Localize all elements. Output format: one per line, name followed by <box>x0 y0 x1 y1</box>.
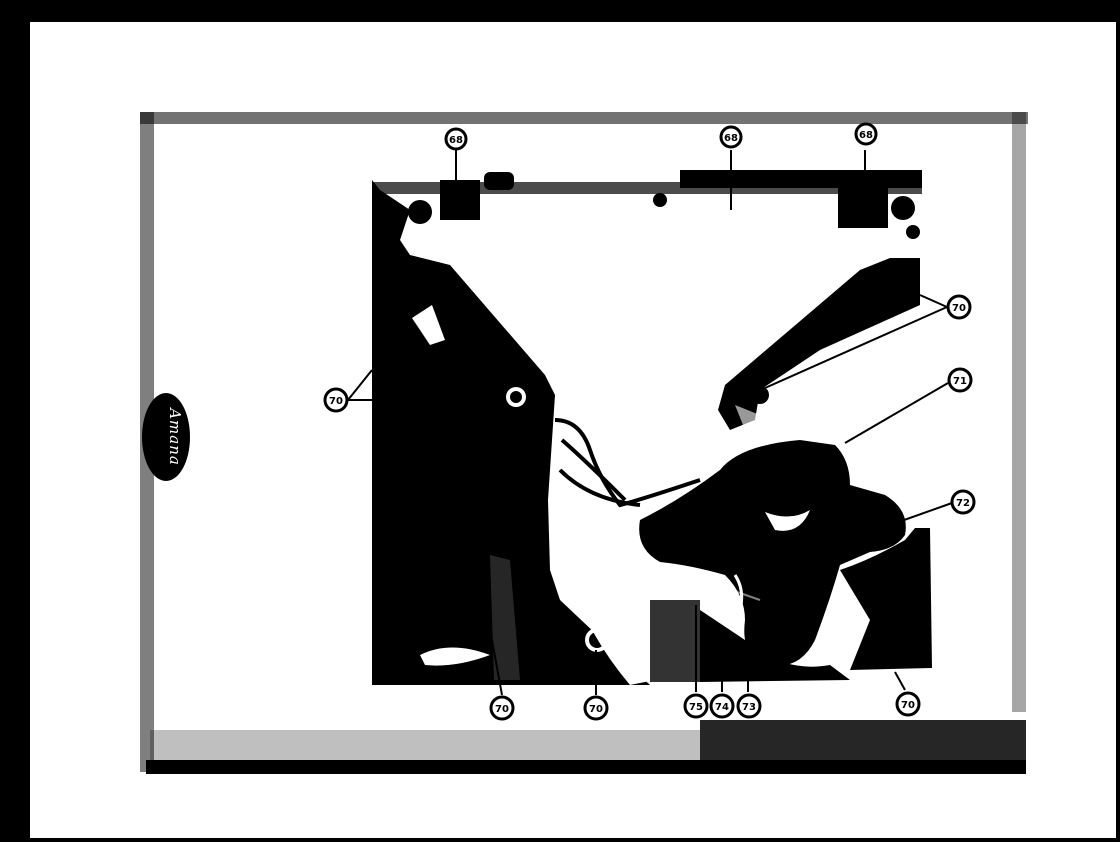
svg-text:68: 68 <box>449 135 463 146</box>
callout-71: 71 <box>949 369 971 391</box>
wires <box>555 420 700 505</box>
right-arm <box>718 258 920 430</box>
callout-70-bottom-a: 70 <box>491 697 513 719</box>
svg-text:70: 70 <box>952 303 966 314</box>
callout-68-left: 68 <box>446 129 466 149</box>
svg-text:68: 68 <box>859 130 873 141</box>
callout-70-left: 70 <box>325 389 347 411</box>
svg-text:70: 70 <box>329 396 343 407</box>
callout-68-center: 68 <box>721 127 741 147</box>
lower-center-block <box>650 600 700 682</box>
callout-73: 73 <box>738 695 760 717</box>
svg-text:70: 70 <box>495 704 509 715</box>
svg-text:70: 70 <box>589 704 603 715</box>
logo-text: Amana <box>166 406 184 466</box>
svg-text:74: 74 <box>715 702 729 713</box>
top-rail <box>372 170 922 239</box>
svg-text:73: 73 <box>742 702 756 713</box>
callout-74: 74 <box>711 695 733 717</box>
parts-diagram: Amana 68 68 68 70 71 72 70 70 70 75 74 7… <box>0 0 1120 842</box>
callout-70-right: 70 <box>948 296 970 318</box>
callout-70-bottom-right: 70 <box>897 693 919 715</box>
svg-text:72: 72 <box>956 498 970 509</box>
svg-text:70: 70 <box>901 700 915 711</box>
left-bracket <box>372 180 650 685</box>
callout-75: 75 <box>685 695 707 717</box>
amana-logo: Amana <box>142 393 190 481</box>
svg-text:75: 75 <box>689 702 703 713</box>
svg-text:71: 71 <box>953 376 967 387</box>
callout-68-right: 68 <box>856 124 876 144</box>
callout-72: 72 <box>952 491 974 513</box>
svg-text:68: 68 <box>724 133 738 144</box>
callout-70-bottom-b: 70 <box>585 697 607 719</box>
